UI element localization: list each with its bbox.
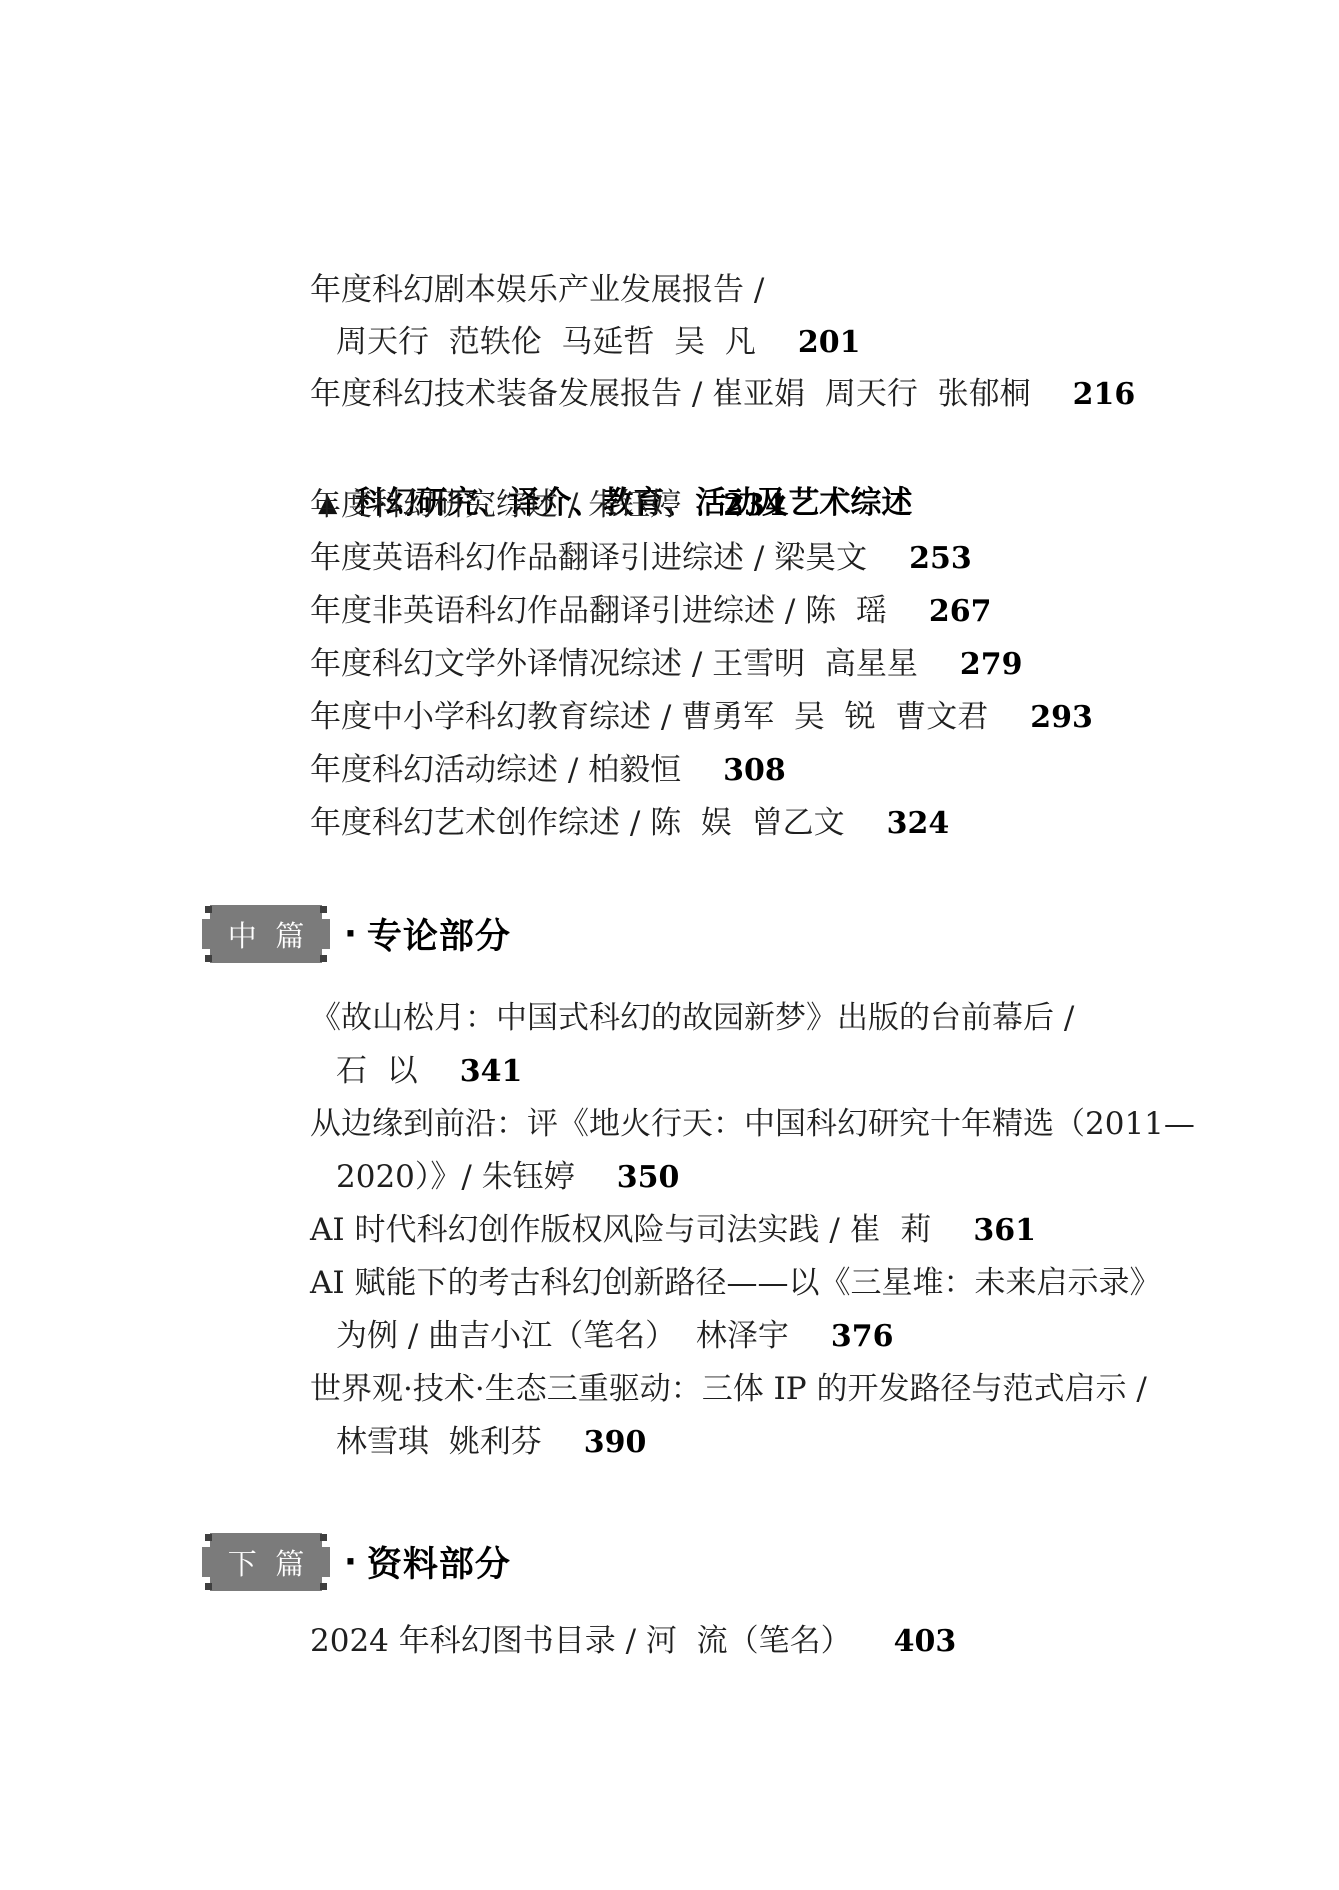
toc-entry: 年度非英语科幻作品翻译引进综述 / 陈 瑶267 <box>0 585 1339 638</box>
page-number: 201 <box>798 325 861 360</box>
toc-entry: 年度科幻艺术创作综述 / 陈 娱 曾乙文324 <box>0 797 1339 850</box>
toc-entry-text: 2020）》/ 朱钰婷 <box>336 1159 575 1195</box>
part-badge-middle: 中 篇 <box>202 905 330 963</box>
toc-entry-text: 年度中小学科幻教育综述 / 曹勇军 吴 锐 曹文君 <box>310 699 988 735</box>
toc-entry-text: 年度科幻艺术创作综述 / 陈 娱 曾乙文 <box>310 805 845 841</box>
page-number: 376 <box>831 1319 894 1354</box>
toc-entry-continuation: 周天行 范轶伦 马延哲 吴 凡201 <box>0 316 1339 368</box>
toc-entry: 世界观·技术·生态三重驱动：三体 IP 的开发路径与范式启示 / <box>0 1363 1339 1416</box>
toc-entry-text: 年度科幻文学外译情况综述 / 王雪明 高星星 <box>310 646 918 682</box>
toc-entry-continuation: 2020）》/ 朱钰婷350 <box>0 1151 1339 1204</box>
toc-entry: 年度英语科幻作品翻译引进综述 / 梁昊文253 <box>0 532 1339 585</box>
toc-entry: 年度科幻剧本娱乐产业发展报告 / <box>0 264 1339 316</box>
part-title-dot: · <box>344 1542 357 1582</box>
page-number: 293 <box>1030 700 1093 735</box>
part-badge-lower: 下 篇 <box>202 1533 330 1591</box>
toc-lower-group: 2024 年科幻图书目录 / 河 流（笔名）403 <box>0 1615 1339 1668</box>
toc-entry-continuation: 石 以341 <box>0 1045 1339 1098</box>
part-header-middle: 中 篇 · 专论部分 <box>0 905 1339 963</box>
book-toc-page: { "colors": { "page_bg": "#ffffff", "bod… <box>0 0 1339 1890</box>
page-number: 361 <box>973 1213 1036 1248</box>
toc-entry: AI 时代科幻创作版权风险与司法实践 / 崔 莉361 <box>0 1204 1339 1257</box>
part-header-lower: 下 篇 · 资料部分 <box>0 1533 1339 1591</box>
page-number: 267 <box>929 594 992 629</box>
toc-entry: AI 赋能下的考古科幻创新路径——以《三星堆：未来启示录》 <box>0 1257 1339 1310</box>
toc-entry-text: 年度科幻研究综述 / 朱钰婷 <box>310 487 681 523</box>
toc-entry: 2024 年科幻图书目录 / 河 流（笔名）403 <box>0 1615 1339 1668</box>
page-number: 216 <box>1073 377 1136 412</box>
toc-entry-text: 从边缘到前沿：评《地火行天：中国科幻研究十年精选（2011— <box>310 1106 1195 1142</box>
toc-entry-text: 年度科幻活动综述 / 柏毅恒 <box>310 752 681 788</box>
page-number: 253 <box>909 541 972 576</box>
toc-entry-text: 2024 年科幻图书目录 / 河 流（笔名） <box>310 1623 852 1659</box>
page-number: 390 <box>584 1425 647 1460</box>
page-number: 308 <box>723 753 786 788</box>
page-number: 279 <box>960 647 1023 682</box>
toc-entry-text: 年度科幻剧本娱乐产业发展报告 / <box>310 272 764 308</box>
toc-entry: 《故山松月：中国式科幻的故园新梦》出版的台前幕后 / <box>0 992 1339 1045</box>
table-of-contents: 年度科幻剧本娱乐产业发展报告 / 周天行 范轶伦 马延哲 吴 凡201 年度科幻… <box>0 0 1339 1668</box>
toc-entry-text: 林雪琪 姚利芬 <box>336 1424 542 1460</box>
toc-middle-group: 《故山松月：中国式科幻的故园新梦》出版的台前幕后 / 石 以341 从边缘到前沿… <box>0 992 1339 1469</box>
toc-entry: 年度科幻活动综述 / 柏毅恒308 <box>0 744 1339 797</box>
page-number: 341 <box>460 1054 523 1089</box>
page-number: 324 <box>887 806 950 841</box>
toc-entry-continuation: 林雪琪 姚利芬390 <box>0 1416 1339 1469</box>
toc-entry-text: 为例 / 曲吉小江（笔名） 林泽宇 <box>336 1318 789 1354</box>
toc-entry-text: 年度非英语科幻作品翻译引进综述 / 陈 瑶 <box>310 593 887 629</box>
toc-entry-text: 世界观·技术·生态三重驱动：三体 IP 的开发路径与范式启示 / <box>310 1371 1147 1407</box>
part-title: 资料部分 <box>367 1537 511 1587</box>
toc-entry-text: 《故山松月：中国式科幻的故园新梦》出版的台前幕后 / <box>310 1000 1074 1036</box>
toc-upper-group-a: 年度科幻剧本娱乐产业发展报告 / 周天行 范轶伦 马延哲 吴 凡201 年度科幻… <box>0 264 1339 420</box>
toc-entry: 年度科幻研究综述 / 朱钰婷234 <box>0 479 1339 532</box>
part-badge-label: 中 篇 <box>202 905 330 963</box>
part-title-dot: · <box>344 914 357 954</box>
toc-section-heading: ▲科幻研究、译介、教育、活动及艺术综述 <box>0 422 1339 476</box>
toc-entry-text: 年度英语科幻作品翻译引进综述 / 梁昊文 <box>310 540 867 576</box>
toc-entry: 年度中小学科幻教育综述 / 曹勇军 吴 锐 曹文君293 <box>0 691 1339 744</box>
toc-entry-text: 周天行 范轶伦 马延哲 吴 凡 <box>336 324 756 360</box>
toc-entry-text: 石 以 <box>336 1053 418 1089</box>
part-badge-label: 下 篇 <box>202 1533 330 1591</box>
toc-entry-text: AI 赋能下的考古科幻创新路径——以《三星堆：未来启示录》 <box>310 1265 1160 1301</box>
toc-entry: 从边缘到前沿：评《地火行天：中国科幻研究十年精选（2011— <box>0 1098 1339 1151</box>
toc-entry-continuation: 为例 / 曲吉小江（笔名） 林泽宇376 <box>0 1310 1339 1363</box>
page-number: 234 <box>723 488 786 523</box>
page-number: 403 <box>894 1624 957 1659</box>
page-number: 350 <box>617 1160 680 1195</box>
toc-entry-text: AI 时代科幻创作版权风险与司法实践 / 崔 莉 <box>310 1212 931 1248</box>
toc-entry: 年度科幻技术装备发展报告 / 崔亚娟 周天行 张郁桐216 <box>0 368 1339 420</box>
toc-entry-text: 年度科幻技术装备发展报告 / 崔亚娟 周天行 张郁桐 <box>310 376 1031 412</box>
toc-entry: 年度科幻文学外译情况综述 / 王雪明 高星星279 <box>0 638 1339 691</box>
toc-upper-group-b: 年度科幻研究综述 / 朱钰婷234 年度英语科幻作品翻译引进综述 / 梁昊文25… <box>0 479 1339 850</box>
part-title: 专论部分 <box>367 909 511 959</box>
